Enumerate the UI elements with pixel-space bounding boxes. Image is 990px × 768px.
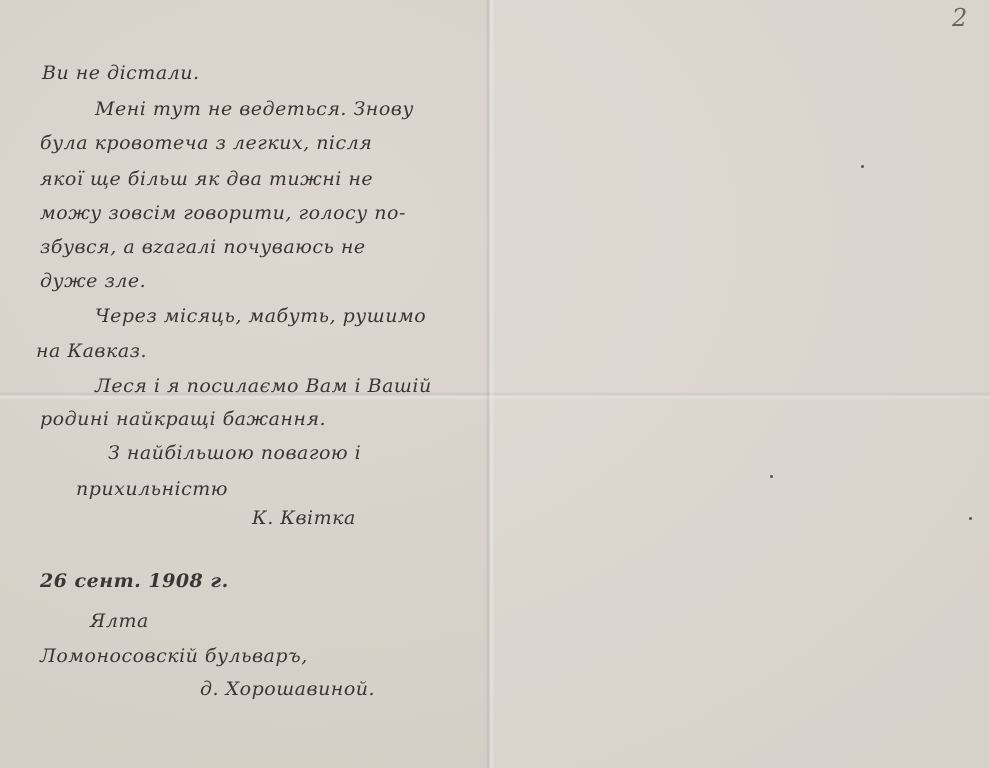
paper-speck: [770, 475, 773, 478]
body-line: якої ще більш як два тижні не: [40, 168, 373, 190]
paper-speck: [969, 517, 972, 520]
body-line: на Кавказ.: [36, 340, 147, 362]
body-line: Мені тут не ведеться. Знову: [95, 98, 414, 120]
body-line: З найбільшою повагою і: [108, 442, 361, 464]
address-line: Ялта: [90, 610, 149, 632]
address-line: Ломоносовскій бульваръ,: [40, 645, 308, 667]
left-page: Ви не дістали. Мені тут не ведеться. Зно…: [0, 0, 490, 768]
body-line: збувся, а вzагалі почуваюсь не: [40, 236, 366, 258]
address-line: д. Хорошавиной.: [200, 678, 375, 700]
body-line: можу зовсім говорити, голосу по-: [40, 202, 406, 224]
body-line: дуже зле.: [40, 270, 146, 292]
body-line: була кровотеча з легких, після: [40, 132, 372, 154]
paper-speck: [861, 165, 864, 168]
page-number: 2: [952, 4, 967, 32]
letter-date: 26 сент. 1908 г.: [40, 570, 229, 592]
letter-sheet: Ви не дістали. Мені тут не ведеться. Зно…: [0, 0, 990, 768]
right-page: [492, 0, 990, 768]
body-line: родині найкращі бажання.: [40, 408, 326, 430]
signature: К. Квітка: [252, 507, 356, 529]
body-line: прихильністю: [76, 478, 228, 500]
body-line: Через місяць, мабуть, рушимо: [95, 305, 426, 327]
body-line: Ви не дістали.: [42, 62, 200, 84]
body-line: Леся і я посилаємо Вам і Вашій: [95, 375, 432, 397]
